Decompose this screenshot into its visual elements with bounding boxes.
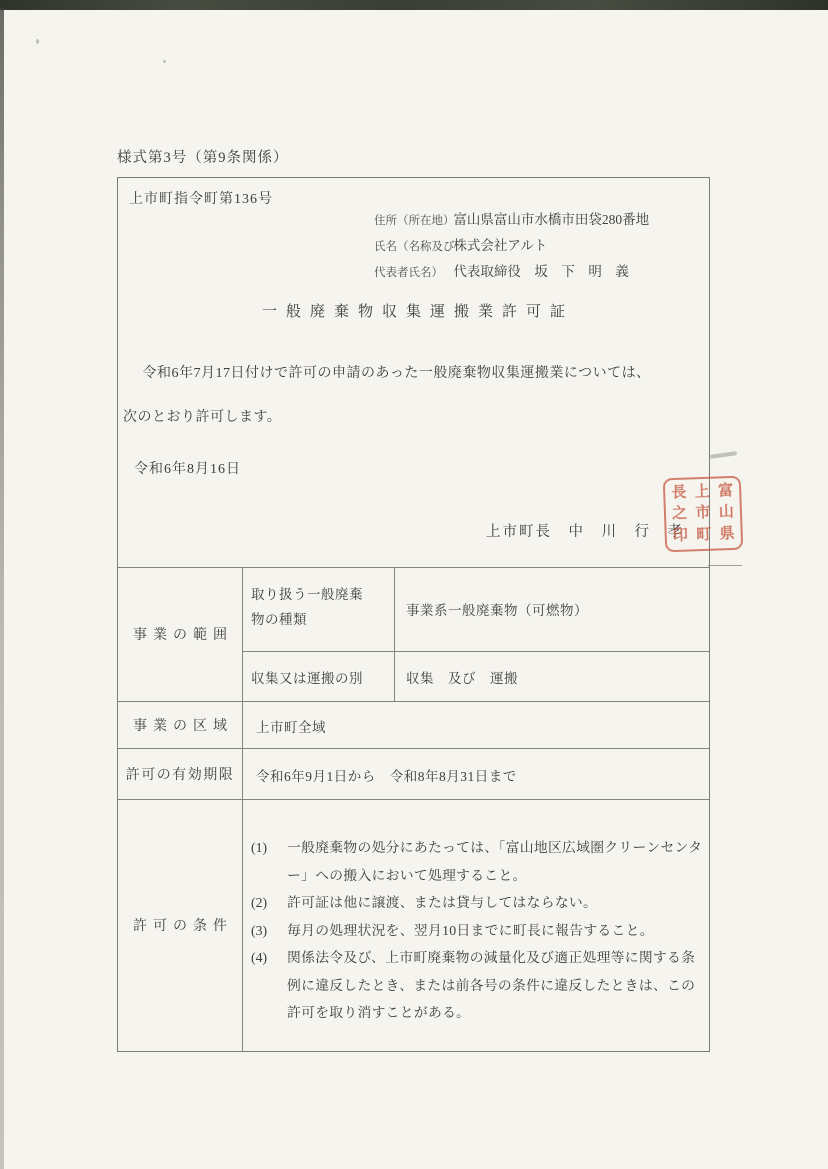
seal-column: 長 之 印 [671, 483, 688, 547]
address-label: 住所（所在地） [374, 212, 450, 228]
issue-date: 令和6年8月16日 [134, 458, 241, 478]
valid-period-value: 令和6年9月1日から 令和8年8月31日まで [256, 765, 517, 785]
condition-number: (2) [251, 889, 287, 917]
waste-type-label: 取り扱う一般廃棄物の種類 [251, 582, 366, 632]
seal-char: 町 [696, 528, 712, 544]
applicant-address-row: 住所（所在地） 富山県富山市水橋市田袋280番地 [374, 208, 649, 228]
seal-char: 富 [718, 484, 734, 500]
seal-char: 市 [695, 506, 711, 522]
representative-label: 代表者氏名） [374, 264, 450, 280]
condition-text: 毎月の処理状況を、翌月10日までに町長に報告すること。 [287, 917, 706, 945]
conditions-list: (1) 一般廃棄物の処分にあたっては、「富山地区広域圏クリーンセンター」への搬入… [251, 834, 706, 1027]
directive-number: 上市町指令町第136号 [129, 188, 273, 208]
condition-text: 許可証は他に譲渡、または貸与してはならない。 [287, 889, 706, 917]
row-label-business-scope: 事業の範囲 [118, 567, 242, 701]
seal-char: 上 [694, 485, 710, 501]
row-label-business-area: 事業の区域 [118, 701, 242, 748]
condition-item: (1) 一般廃棄物の処分にあたっては、「富山地区広域圏クリーンセンター」への搬入… [251, 834, 706, 889]
business-area-value: 上市町全域 [256, 716, 326, 736]
scanner-edge-top [0, 0, 828, 10]
seal-column: 富 山 県 [718, 481, 735, 545]
condition-number: (1) [251, 834, 287, 889]
scan-speck [36, 39, 39, 44]
mode-value: 収集 及び 運搬 [406, 667, 518, 687]
condition-item: (3) 毎月の処理状況を、翌月10日までに町長に報告すること。 [251, 917, 706, 945]
applicant-representative-row: 代表者氏名） 代表取締役 坂 下 明 義 [374, 260, 629, 280]
row-label-valid-period: 許可の有効期限 [118, 748, 242, 799]
table-rule [242, 651, 709, 652]
official-seal-icon: 富 山 県 上 市 町 長 之 印 [663, 476, 744, 553]
waste-type-value: 事業系一般廃棄物（可燃物） [406, 599, 588, 619]
condition-item: (4) 関係法令及び、上市町廃棄物の減量化及び適正処理等に関する条例に違反したと… [251, 944, 706, 1027]
address-value: 富山県富山市水橋市田袋280番地 [453, 212, 649, 227]
body-line-2: 次のとおり許可します。 [123, 406, 281, 426]
name-value: 株式会社アルト [453, 238, 547, 253]
document-title: 一般廃棄物収集運搬業許可証 [118, 300, 709, 321]
mode-label: 収集又は運搬の別 [251, 667, 363, 687]
condition-item: (2) 許可証は他に譲渡、または貸与してはならない。 [251, 889, 706, 917]
representative-value: 代表取締役 坂 下 明 義 [453, 264, 629, 279]
seal-column: 上 市 町 [694, 482, 711, 546]
permit-document-frame: 上市町指令町第136号 住所（所在地） 富山県富山市水橋市田袋280番地 氏名（… [117, 177, 710, 1052]
condition-number: (3) [251, 917, 287, 945]
signer-name: 上市町長 中 川 行 孝 [486, 520, 684, 541]
scanned-permit-page: 様式第3号（第9条関係） 上市町指令町第136号 住所（所在地） 富山県富山市水… [0, 0, 828, 1169]
body-line-1: 令和6年7月17日付けで許可の申請のあった一般廃棄物収集運搬業については、 [128, 362, 651, 382]
scan-speck [163, 60, 166, 63]
table-rule [394, 567, 395, 701]
applicant-name-row: 氏名（名称及び 株式会社アルト [374, 234, 547, 254]
seal-char: 之 [672, 507, 688, 523]
condition-text: 関係法令及び、上市町廃棄物の減量化及び適正処理等に関する条例に違反したとき、また… [287, 944, 706, 1027]
seal-char: 印 [673, 528, 689, 544]
row-label-conditions: 許可の条件 [118, 799, 242, 1051]
name-label: 氏名（名称及び [374, 238, 450, 254]
scanner-edge-left [0, 8, 4, 1169]
seal-char: 山 [719, 505, 735, 521]
condition-number: (4) [251, 944, 287, 1027]
table-rule [242, 567, 243, 1051]
scan-artifact [708, 565, 742, 566]
seal-char: 県 [719, 527, 735, 543]
condition-text: 一般廃棄物の処分にあたっては、「富山地区広域圏クリーンセンター」への搬入において… [287, 834, 706, 889]
seal-char: 長 [671, 486, 687, 502]
scan-artifact [710, 451, 737, 459]
form-number: 様式第3号（第9条関係） [117, 146, 289, 167]
